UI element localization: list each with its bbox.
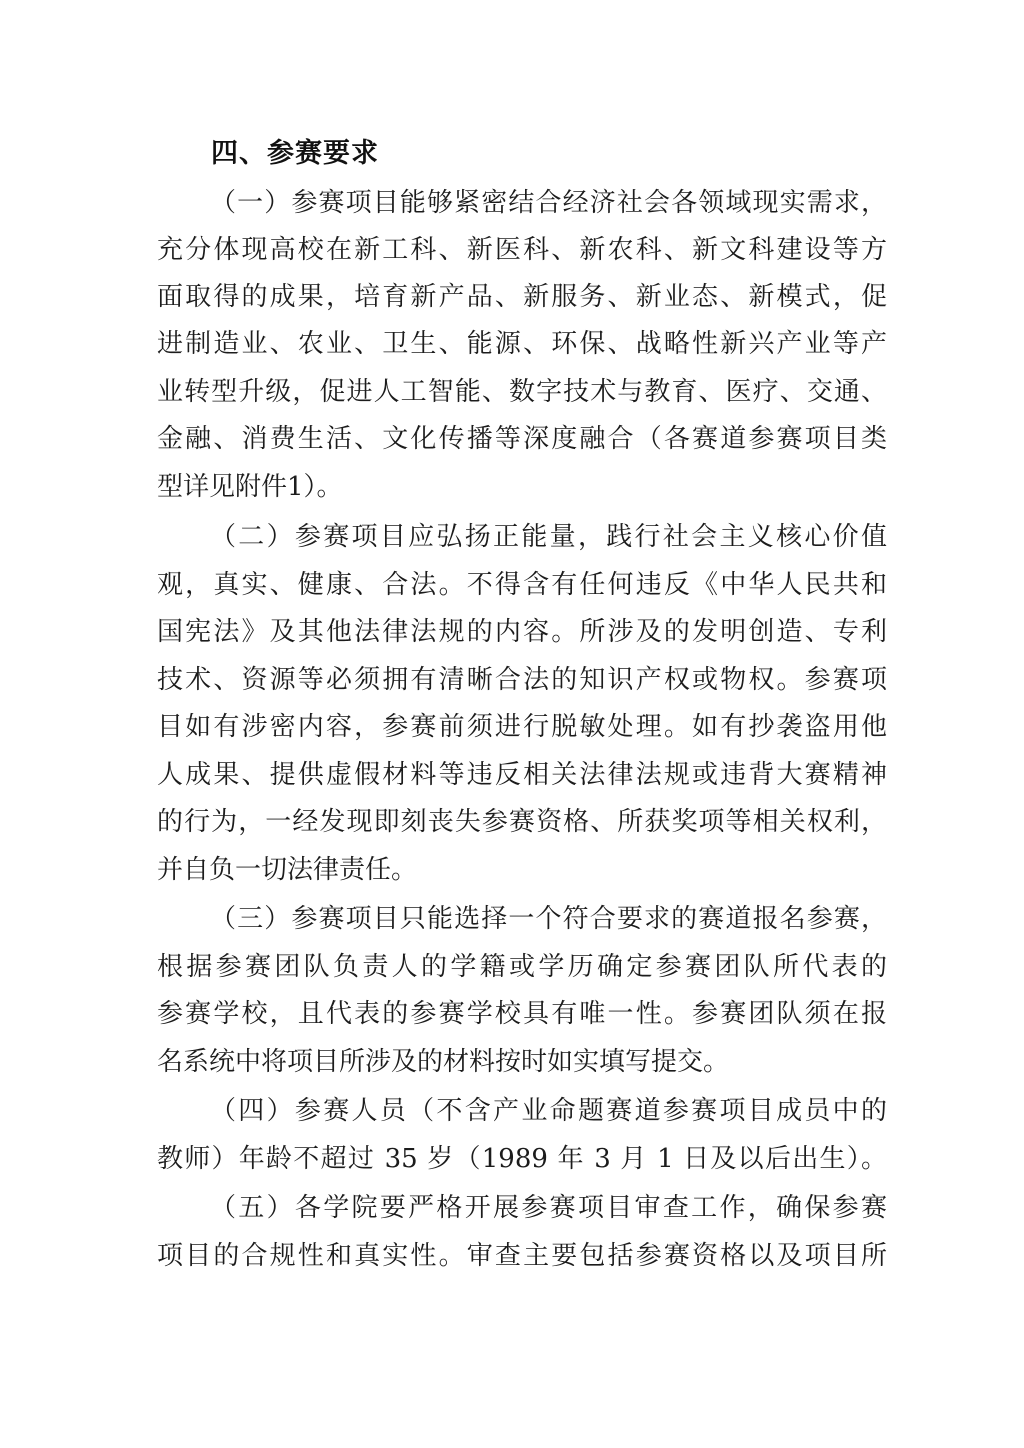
paragraph-line: （四）参赛人员（不含产业命题赛道参赛项目成员中的 (210, 1091, 887, 1131)
paragraph-line: 技术、资源等必须拥有清晰合法的知识产权或物权。参赛项 (157, 660, 887, 700)
paragraph-line: 参赛学校，且代表的参赛学校具有唯一性。参赛团队须在报 (157, 994, 887, 1034)
paragraph-line: 国宪法》及其他法律法规的内容。所涉及的发明创造、专利 (157, 612, 887, 652)
section-heading: 四、参赛要求 (211, 134, 379, 174)
paragraph-line: 名系统中将项目所涉及的材料按时如实填写提交。 (157, 1042, 887, 1082)
paragraph-line: 目如有涉密内容，参赛前须进行脱敏处理。如有抄袭盗用他 (157, 707, 887, 747)
paragraph-line: 人成果、提供虚假材料等违反相关法律法规或违背大赛精神 (157, 755, 887, 795)
paragraph-line: 充分体现高校在新工科、新医科、新农科、新文科建设等方 (157, 230, 887, 270)
paragraph-line: 项目的合规性和真实性。审查主要包括参赛资格以及项目所 (157, 1236, 887, 1276)
paragraph-line: 金融、消费生活、文化传播等深度融合（各赛道参赛项目类 (157, 419, 887, 459)
paragraph-line: 的行为，一经发现即刻丧失参赛资格、所获奖项等相关权利， (157, 802, 887, 842)
paragraph-line: 并自负一切法律责任。 (157, 850, 887, 890)
paragraph-line: 进制造业、农业、卫生、能源、环保、战略性新兴产业等产 (157, 324, 887, 364)
paragraph-line: 型详见附件1）。 (157, 467, 887, 507)
paragraph-line: 观，真实、健康、合法。不得含有任何违反《中华人民共和 (157, 565, 887, 605)
paragraph-line: （一）参赛项目能够紧密结合经济社会各领域现实需求， (210, 183, 887, 223)
paragraph-line: （二）参赛项目应弘扬正能量，践行社会主义核心价值 (210, 517, 887, 557)
paragraph-line: 教师）年龄不超过 35 岁（1989 年 3 月 1 日及以后出生）。 (157, 1139, 887, 1179)
paragraph-line: （五）各学院要严格开展参赛项目审查工作，确保参赛 (210, 1188, 887, 1228)
paragraph-line: 业转型升级，促进人工智能、数字技术与教育、医疗、交通、 (157, 372, 887, 412)
document-page: 四、参赛要求 （一）参赛项目能够紧密结合经济社会各领域现实需求， 充分体现高校在… (0, 0, 1024, 1448)
paragraph-line: 根据参赛团队负责人的学籍或学历确定参赛团队所代表的 (157, 947, 887, 987)
paragraph-line: 面取得的成果，培育新产品、新服务、新业态、新模式，促 (157, 277, 887, 317)
paragraph-line: （三）参赛项目只能选择一个符合要求的赛道报名参赛， (210, 899, 887, 939)
